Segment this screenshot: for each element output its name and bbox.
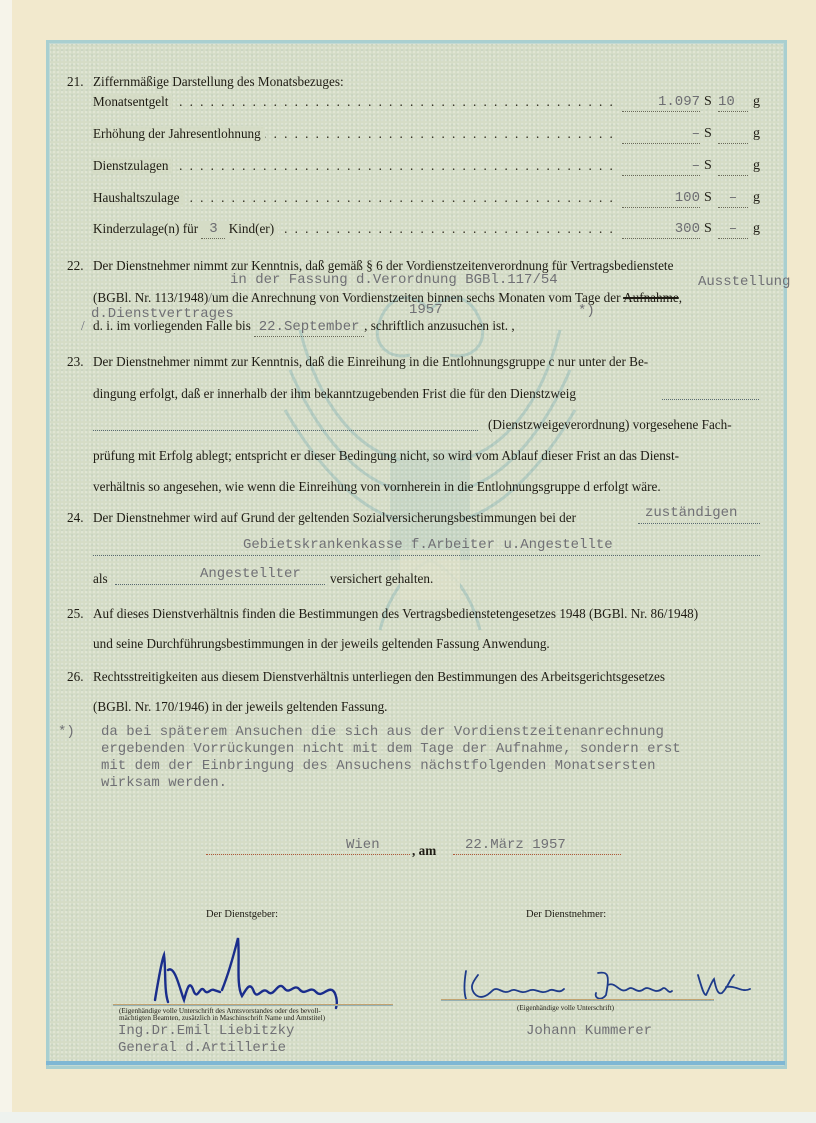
employee-heading: Der Dienstnehmer: bbox=[526, 909, 606, 920]
citation: (BGBl. Nr. 113/1948) bbox=[93, 290, 208, 305]
row-label: Monatsentgelt bbox=[93, 94, 172, 110]
section-26: 26.Rechtsstreitigkeiten aus diesem Diens… bbox=[67, 661, 665, 692]
amount-fields: – S g bbox=[622, 126, 760, 148]
insured-as-field[interactable] bbox=[115, 584, 325, 585]
unit-groschen: g bbox=[753, 94, 760, 110]
section-text: verhältnis so angesehen, wie wenn die Ei… bbox=[93, 479, 661, 494]
section-text: als bbox=[93, 571, 108, 586]
groschen-field[interactable]: 10 bbox=[718, 94, 748, 112]
unit-groschen: g bbox=[753, 221, 760, 237]
label-prefix: Kinderzulage(n) für bbox=[93, 221, 198, 236]
typed-year: 1957 bbox=[409, 302, 443, 318]
dienstzweig-field[interactable] bbox=[662, 399, 759, 400]
section-21-heading: 21.Ziffernmäßige Darstellung des Monatsb… bbox=[67, 66, 344, 97]
amount-fields: – S g bbox=[622, 158, 760, 180]
am-label: , am bbox=[412, 843, 436, 858]
insurer-field-line2[interactable] bbox=[93, 555, 760, 556]
unit-groschen: g bbox=[753, 190, 760, 206]
heading-text: Der Dienstnehmer: bbox=[526, 909, 606, 920]
place-field[interactable] bbox=[206, 854, 410, 855]
unit-groschen: g bbox=[753, 126, 760, 142]
section-text: (BGBl. Nr. 170/1946) in der jeweils gelt… bbox=[93, 699, 387, 714]
section-title: Ziffernmäßige Darstellung des Monatsbezu… bbox=[93, 74, 344, 89]
amount-fields: 300 S – g bbox=[622, 221, 760, 243]
section-text: dingung erfolgt, daß er innerhalb der ih… bbox=[93, 386, 576, 401]
section-26-line2: (BGBl. Nr. 170/1946) in der jeweils gelt… bbox=[93, 699, 387, 715]
children-count-field[interactable]: 3 bbox=[201, 221, 225, 239]
schilling-field[interactable]: 300 bbox=[622, 221, 700, 239]
row-label: Kinderzulage(n) für 3 Kind(er) bbox=[93, 221, 278, 240]
footnote-line: mit dem der Einbringung des Ansuchens nä… bbox=[101, 758, 656, 774]
section-text: (Dienstzweigeverordnung) vorgesehene Fac… bbox=[488, 417, 732, 432]
typed-footnote-marker: *) bbox=[578, 303, 595, 319]
typed-replacement: Ausstellung bbox=[698, 274, 790, 290]
employee-caption: (Eigenhändige volle Unterschrift) bbox=[517, 1004, 614, 1012]
typed-date: 22.März 1957 bbox=[465, 837, 566, 853]
unit-groschen: g bbox=[753, 158, 760, 174]
section-24: 24.Der Dienstnehmer wird auf Grund der g… bbox=[67, 502, 576, 533]
section-text: Der Dienstnehmer nimmt zur Kenntnis, daß… bbox=[93, 354, 648, 369]
typed-insured-as: Angestellter bbox=[200, 566, 301, 582]
schilling-field[interactable]: – bbox=[622, 126, 700, 144]
section-number: 24. bbox=[67, 502, 93, 533]
typed-insurer-1: zuständigen bbox=[645, 505, 737, 521]
dienstzweig-field-cont[interactable] bbox=[93, 430, 478, 431]
section-number: 23. bbox=[67, 346, 93, 377]
section-number: 26. bbox=[67, 661, 93, 692]
footnote-line: ergebenden Vorrückungen nicht mit dem Ta… bbox=[101, 741, 681, 757]
amount-fields: 1.097 S 10 g bbox=[622, 94, 760, 116]
groschen-field[interactable] bbox=[718, 126, 748, 144]
schilling-field[interactable]: 1.097 bbox=[622, 94, 700, 112]
salary-row-haushaltszulage: ........................................… bbox=[93, 190, 760, 212]
employer-handwritten-signature-icon bbox=[150, 930, 365, 1010]
employee-signature-line bbox=[441, 999, 714, 1001]
schilling-field[interactable]: 100 bbox=[622, 190, 700, 208]
typed-place: Wien bbox=[346, 837, 380, 853]
employer-typed-title: General d.Artillerie bbox=[118, 1040, 286, 1056]
row-label: Dienstzulagen bbox=[93, 158, 172, 174]
scan-edge bbox=[0, 0, 12, 1123]
groschen-field[interactable]: – bbox=[718, 221, 748, 239]
salary-row-monatsentgelt: ........................................… bbox=[93, 94, 760, 116]
section-text: d. i. im vorliegenden Falle bis bbox=[93, 318, 251, 333]
section-text: prüfung mit Erfolg ablegt; entspricht er… bbox=[93, 448, 679, 463]
section-24-line3-end: versichert gehalten. bbox=[330, 571, 433, 587]
section-number: 21. bbox=[67, 66, 93, 97]
schilling-field[interactable]: – bbox=[622, 158, 700, 176]
section-24-line3: als bbox=[93, 571, 108, 587]
heading-text: Der Dienstgeber: bbox=[206, 909, 278, 920]
salary-row-kinderzulage: ........................................… bbox=[93, 221, 760, 243]
punctuation: , bbox=[679, 290, 682, 305]
section-23: 23.Der Dienstnehmer nimmt zur Kenntnis, … bbox=[67, 346, 648, 377]
unit-schilling: S bbox=[704, 126, 712, 142]
groschen-field[interactable] bbox=[718, 158, 748, 176]
panel-border-bottom bbox=[46, 1061, 785, 1065]
struck-word: Aufnahme bbox=[623, 290, 679, 305]
row-label: Erhöhung der Jahresentlohnung bbox=[93, 126, 265, 142]
footnote-line: da bei späterem Ansuchen die sich aus de… bbox=[101, 724, 664, 740]
row-label: Haushaltszulage bbox=[93, 190, 183, 206]
typed-insurer-2: Gebietskrankenkasse f.Arbeiter u.Angeste… bbox=[243, 537, 613, 553]
section-text: und seine Durchführungsbestimmungen in d… bbox=[93, 636, 550, 651]
salary-row-dienstzulagen: ........................................… bbox=[93, 158, 760, 180]
groschen-field[interactable]: – bbox=[718, 190, 748, 208]
date-connector: , am bbox=[412, 843, 436, 859]
section-text: Der Dienstnehmer nimmt zur Kenntnis, daß… bbox=[93, 258, 673, 273]
amount-fields: 100 S – g bbox=[622, 190, 760, 212]
footnote-marker: *) bbox=[58, 724, 75, 740]
date-field[interactable] bbox=[453, 854, 621, 855]
section-23-line5: verhältnis so angesehen, wie wenn die Ei… bbox=[93, 479, 661, 495]
section-text: , schriftlich anzusuchen ist. , bbox=[364, 318, 515, 333]
section-23-line4: prüfung mit Erfolg ablegt; entspricht er… bbox=[93, 448, 679, 464]
typed-insertion: in der Fassung d.Verordnung BGBl.117/54 bbox=[230, 272, 558, 288]
footnote-line: wirksam werden. bbox=[101, 775, 227, 791]
scan-edge-bottom bbox=[0, 1112, 816, 1123]
employer-signature-line bbox=[113, 1004, 393, 1006]
section-number: 22. bbox=[67, 250, 93, 281]
unit-schilling: S bbox=[704, 94, 712, 110]
section-text: Der Dienstnehmer wird auf Grund der gelt… bbox=[93, 510, 576, 525]
section-text: Auf dieses Dienstverhältnis finden die B… bbox=[93, 606, 698, 621]
section-23-line2: dingung erfolgt, daß er innerhalb der ih… bbox=[93, 386, 576, 402]
employer-heading: Der Dienstgeber: bbox=[206, 909, 278, 920]
section-23-line3: (Dienstzweigeverordnung) vorgesehene Fac… bbox=[488, 417, 732, 433]
insurer-field[interactable] bbox=[638, 523, 760, 524]
section-text: Rechtsstreitigkeiten aus diesem Dienstve… bbox=[93, 669, 665, 684]
section-text: versichert gehalten. bbox=[330, 571, 433, 586]
employer-caption: mächtigten Beamten, zusätzlich in Maschi… bbox=[119, 1014, 325, 1022]
section-25: 25.Auf dieses Dienstverhältnis finden di… bbox=[67, 598, 698, 629]
section-number: 25. bbox=[67, 598, 93, 629]
label-suffix: Kind(er) bbox=[229, 221, 274, 236]
section-25-line2: und seine Durchführungsbestimmungen in d… bbox=[93, 636, 550, 652]
employer-typed-name: Ing.Dr.Emil Liebitzky bbox=[118, 1023, 294, 1039]
unit-schilling: S bbox=[704, 221, 712, 237]
employee-typed-name: Johann Kummerer bbox=[526, 1023, 652, 1039]
section-22-line3: / d. i. im vorliegenden Falle bis 22.Sep… bbox=[93, 318, 515, 337]
deadline-field[interactable]: 22.September bbox=[254, 319, 364, 337]
salary-row-jahresentlohnung: ........................................… bbox=[93, 126, 760, 148]
unit-schilling: S bbox=[704, 158, 712, 174]
unit-schilling: S bbox=[704, 190, 712, 206]
